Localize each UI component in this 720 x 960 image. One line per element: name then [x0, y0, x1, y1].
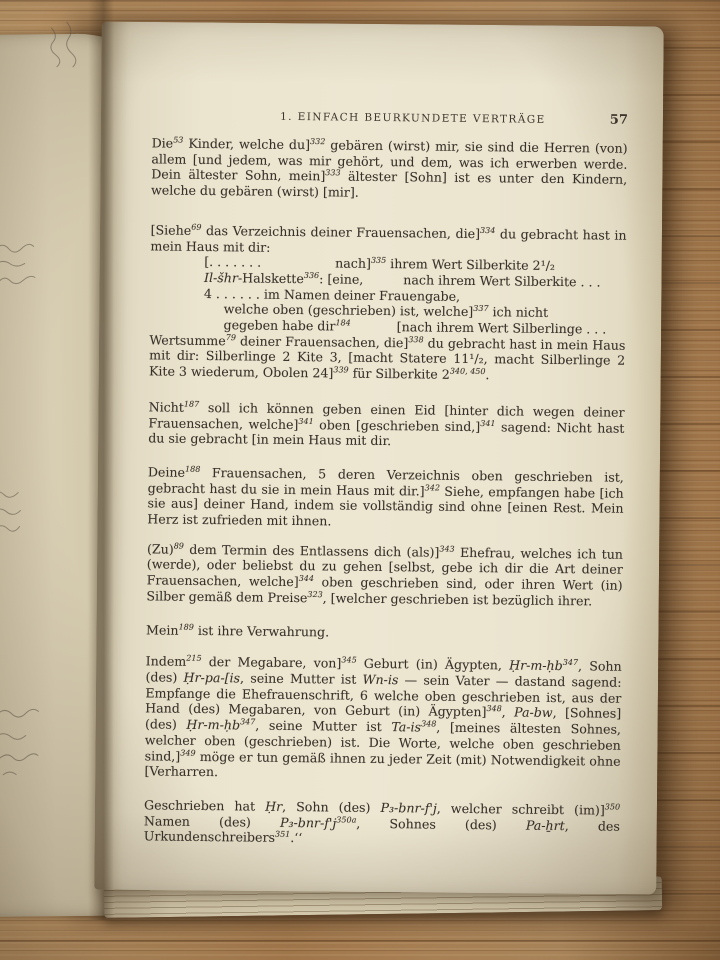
footnote-ref: 344	[299, 574, 314, 583]
paragraph: Indem215 der Megabare, von]345 Geburt (i…	[144, 654, 621, 785]
text-run: .	[485, 367, 489, 382]
footnote-ref: 343	[439, 544, 454, 553]
text-run: möge er tun gemäß ihnen zu jeder Zeit (m…	[144, 748, 620, 779]
text-run: ich nicht	[488, 305, 548, 321]
footnote-ref: 334	[480, 226, 495, 235]
footnote-ref: 341	[480, 418, 495, 427]
text-run: , seine Mutter ist	[240, 670, 363, 686]
text-run: Deine	[148, 464, 185, 479]
transliteration: Ta-is	[391, 719, 421, 734]
text-run: für Silberkite 2	[349, 366, 450, 382]
footnote-ref: 345	[341, 656, 356, 665]
footnote-ref: 336	[304, 271, 319, 280]
text-run: Die	[152, 135, 174, 150]
text-run: [. . . . . . .	[204, 254, 261, 270]
text-run: Indem	[146, 654, 187, 669]
paragraph: Die53 Kinder, welche du]332 gebären (wir…	[151, 135, 628, 203]
transliteration: Ḥr	[265, 799, 282, 814]
inline-gap	[261, 266, 335, 268]
footnote-ref: 215	[186, 654, 201, 663]
text-run: Geschrieben hat	[144, 797, 265, 813]
footnote-ref: 188	[185, 465, 200, 474]
paragraph: (Zu)89 dem Termin des Entlassens dich (a…	[146, 541, 623, 609]
text-run: , Sohnes (des)	[356, 815, 526, 832]
footnote-ref: 184	[335, 318, 350, 327]
footnote-ref: 350	[605, 802, 620, 811]
footnote-ref: 335	[371, 256, 386, 265]
marginalia-scribble	[0, 702, 85, 783]
text-run: Mein	[146, 622, 179, 637]
footnote-ref: 350a	[336, 815, 356, 824]
transliteration: Pa-bw	[514, 705, 553, 720]
text-run: [nach ihrem Wert Silberlinge . . .	[397, 319, 607, 336]
text-run: nach ihrem Wert Silberkite . . .	[403, 272, 600, 289]
text-run: , [welcher geschrieben ist bezüglich ihr…	[323, 590, 593, 608]
text-run: : [eine,	[319, 271, 363, 287]
page-number: 57	[610, 113, 628, 128]
transliteration: Pa-ẖrt	[526, 817, 565, 832]
footnote-ref: 53	[173, 135, 183, 144]
footnote-ref: 347	[563, 658, 578, 667]
inline-gap	[351, 330, 397, 332]
transliteration: Wn-is	[362, 672, 398, 687]
paragraph: Nicht187 soll ich können geben einen Eid…	[148, 399, 625, 452]
paragraph: Deine188 Frauensachen, 5 deren Verzeichn…	[147, 464, 624, 532]
transliteration: Ḥr-pa-[is	[183, 670, 240, 686]
text-run: , welcher schreibt (im)]	[437, 801, 605, 818]
footnote-ref: 187	[184, 399, 199, 408]
text-run: gegeben habe dir	[223, 317, 335, 333]
footnote-ref: 332	[310, 137, 325, 146]
paragraph: Mein189 ist ihre Verwahrung.	[146, 622, 622, 643]
text-run: .‘‘	[290, 830, 302, 845]
footnote-ref: 338	[408, 335, 423, 344]
footnote-ref: 69	[191, 222, 201, 231]
text-run: ist ihre Verwahrung.	[194, 622, 329, 639]
footnote-ref: 341	[298, 416, 313, 425]
text-run: Wertsumme	[149, 332, 226, 348]
text-run: Kinder, welche du]	[183, 136, 310, 152]
transliteration: Il-šhr	[204, 270, 238, 285]
text-run: Nicht	[149, 399, 184, 414]
footnote-ref: 351	[275, 830, 290, 839]
text-run: , Sohn (des)	[282, 799, 381, 815]
footnote-ref: 349	[180, 748, 195, 757]
text-run: Namen (des)	[144, 813, 280, 830]
footnote-ref: 342	[425, 483, 440, 492]
paragraph: Wertsumme79 deiner Frauensachen, die]338…	[149, 332, 626, 385]
photo-background: 1. EINFACH BEURKUNDETE VERTRÄGE 57 Die53…	[0, 0, 720, 960]
section-heading: 1. EINFACH BEURKUNDETE VERTRÄGE	[152, 109, 610, 126]
transliteration: P₃-bnr-f'j	[280, 814, 336, 830]
footnote-ref: 347	[240, 717, 255, 726]
marginalia-scribble	[0, 234, 82, 305]
text-run: nach]	[335, 256, 371, 271]
page-header: 1. EINFACH BEURKUNDETE VERTRÄGE 57	[152, 107, 628, 127]
footnote-ref: 323	[307, 590, 322, 599]
marginalia-scribble	[37, 17, 89, 131]
transliteration: Ḥr-m-ḥb	[509, 658, 563, 674]
text-run: der Megabare, von]	[201, 654, 341, 671]
text-run: (Zu)	[147, 541, 174, 556]
transliteration: Ḥr-m-ḥb	[186, 717, 240, 733]
footnote-ref: 339	[333, 365, 348, 374]
text-run: ihrem Wert Silberkite 2¹/₂	[386, 256, 555, 273]
text-run: -Halskette	[238, 270, 304, 286]
text-run: [Siehe	[151, 222, 192, 237]
text-run: ,	[502, 705, 515, 720]
footnote-ref: 348	[486, 704, 501, 713]
inline-gap	[363, 283, 403, 284]
paragraph: Geschrieben hat Ḥr, Sohn (des) P₃-bnr-f'…	[144, 797, 621, 850]
footnote-ref: 89	[174, 541, 184, 550]
transliteration: P₃-bnr-f'j	[380, 800, 436, 816]
marginalia-scribble	[0, 482, 67, 543]
footnote-ref: 337	[473, 304, 488, 313]
text-run: , seine Mutter ist	[255, 718, 391, 735]
footnote-ref: 189	[179, 622, 194, 631]
text-run: Geburt (in) Ägypten,	[357, 656, 510, 673]
footnote-ref: 340, 450	[450, 367, 486, 376]
footnote-ref: 348	[421, 719, 436, 728]
book-page: 1. EINFACH BEURKUNDETE VERTRÄGE 57 Die53…	[94, 22, 664, 895]
footnote-ref: 79	[226, 333, 236, 342]
text-run: deiner Frauensachen, die]	[236, 333, 409, 350]
text-run: oben [geschrieben sind,]	[314, 417, 481, 434]
footnote-ref: 333	[325, 169, 340, 178]
text-block: 1. EINFACH BEURKUNDETE VERTRÄGE 57 Die53…	[144, 107, 628, 849]
